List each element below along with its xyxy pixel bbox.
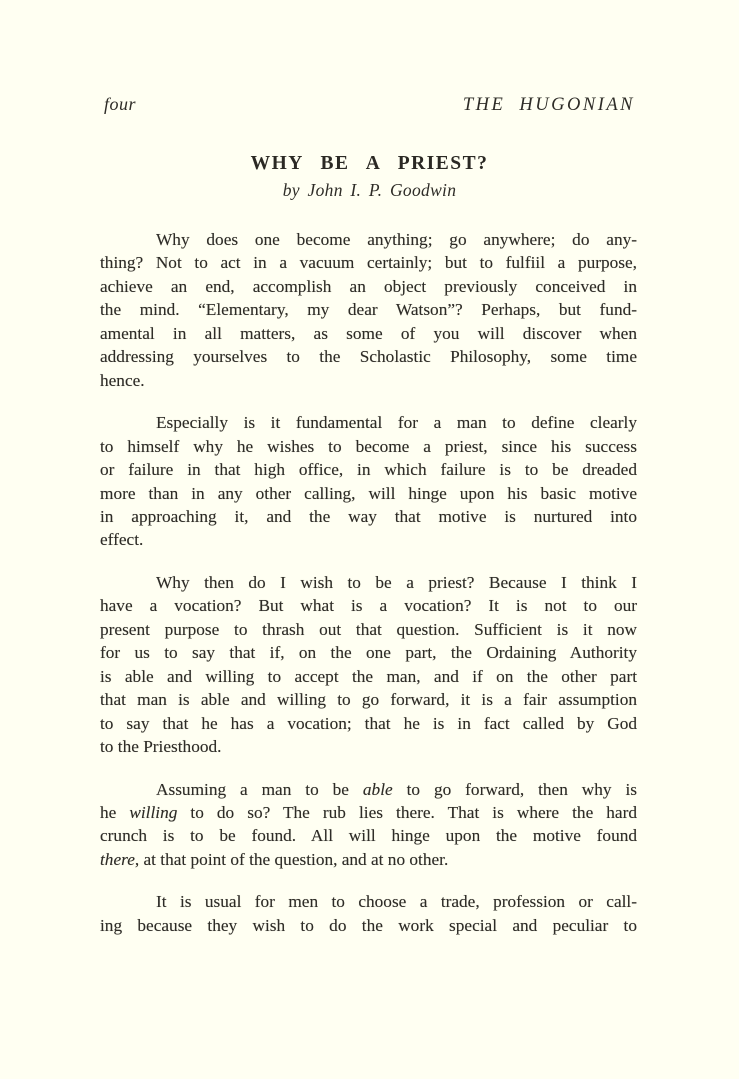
text-line: have a vocation? But what is a vocation?… bbox=[100, 594, 637, 617]
title-block: WHY BE A PRIEST? by John I. P. Goodwin bbox=[0, 153, 739, 201]
page-header: four THE HUGONIAN bbox=[104, 94, 635, 116]
text-line: to himself why he wishes to become a pri… bbox=[100, 435, 637, 458]
text-line: amental in all matters, as some of you w… bbox=[100, 322, 637, 345]
text-line: for us to say that if, on the one part, … bbox=[100, 641, 637, 664]
article-byline: by John I. P. Goodwin bbox=[0, 180, 739, 201]
folio-page-number: four bbox=[104, 94, 136, 115]
text-line: Especially is it fundamental for a man t… bbox=[100, 411, 637, 434]
text-line: Why then do I wish to be a priest? Becau… bbox=[100, 571, 637, 594]
text-line: or failure in that high office, in which… bbox=[100, 458, 637, 481]
article-title: WHY BE A PRIEST? bbox=[0, 153, 739, 175]
text-line: effect. bbox=[100, 528, 637, 551]
text-line: achieve an end, accomplish an object pre… bbox=[100, 275, 637, 298]
paragraph: Why then do I wish to be a priest? Becau… bbox=[100, 571, 637, 759]
article-body: Why does one become anything; go anywher… bbox=[100, 228, 637, 956]
text-line: there, at that point of the question, an… bbox=[100, 848, 637, 871]
text-line: the mind. “Elementary, my dear Watson”? … bbox=[100, 298, 637, 321]
text-line: ing because they wish to do the work spe… bbox=[100, 914, 637, 937]
paragraph: Why does one become anything; go anywher… bbox=[100, 228, 637, 392]
text-line: crunch is to be found. All will hinge up… bbox=[100, 824, 637, 847]
journal-title: THE HUGONIAN bbox=[463, 95, 635, 116]
text-line: Assuming a man to be able to go forward,… bbox=[100, 778, 637, 801]
paragraph: It is usual for men to choose a trade, p… bbox=[100, 890, 637, 937]
text-line: addressing yourselves to the Scholastic … bbox=[100, 345, 637, 368]
text-line: to the Priesthood. bbox=[100, 735, 637, 758]
text-line: he willing to do so? The rub lies there.… bbox=[100, 801, 637, 824]
text-line: to say that he has a vocation; that he i… bbox=[100, 712, 637, 735]
text-line: It is usual for men to choose a trade, p… bbox=[100, 890, 637, 913]
text-line: thing? Not to act in a vacuum certainly;… bbox=[100, 251, 637, 274]
paragraph: Assuming a man to be able to go forward,… bbox=[100, 778, 637, 872]
text-line: is able and willing to accept the man, a… bbox=[100, 665, 637, 688]
text-line: more than in any other calling, will hin… bbox=[100, 482, 637, 505]
text-line: Why does one become anything; go anywher… bbox=[100, 228, 637, 251]
text-line: present purpose to thrash out that quest… bbox=[100, 618, 637, 641]
paragraph: Especially is it fundamental for a man t… bbox=[100, 411, 637, 552]
text-line: that man is able and willing to go forwa… bbox=[100, 688, 637, 711]
text-line: hence. bbox=[100, 369, 637, 392]
text-line: in approaching it, and the way that moti… bbox=[100, 505, 637, 528]
scanned-page: four THE HUGONIAN WHY BE A PRIEST? by Jo… bbox=[0, 0, 739, 1079]
